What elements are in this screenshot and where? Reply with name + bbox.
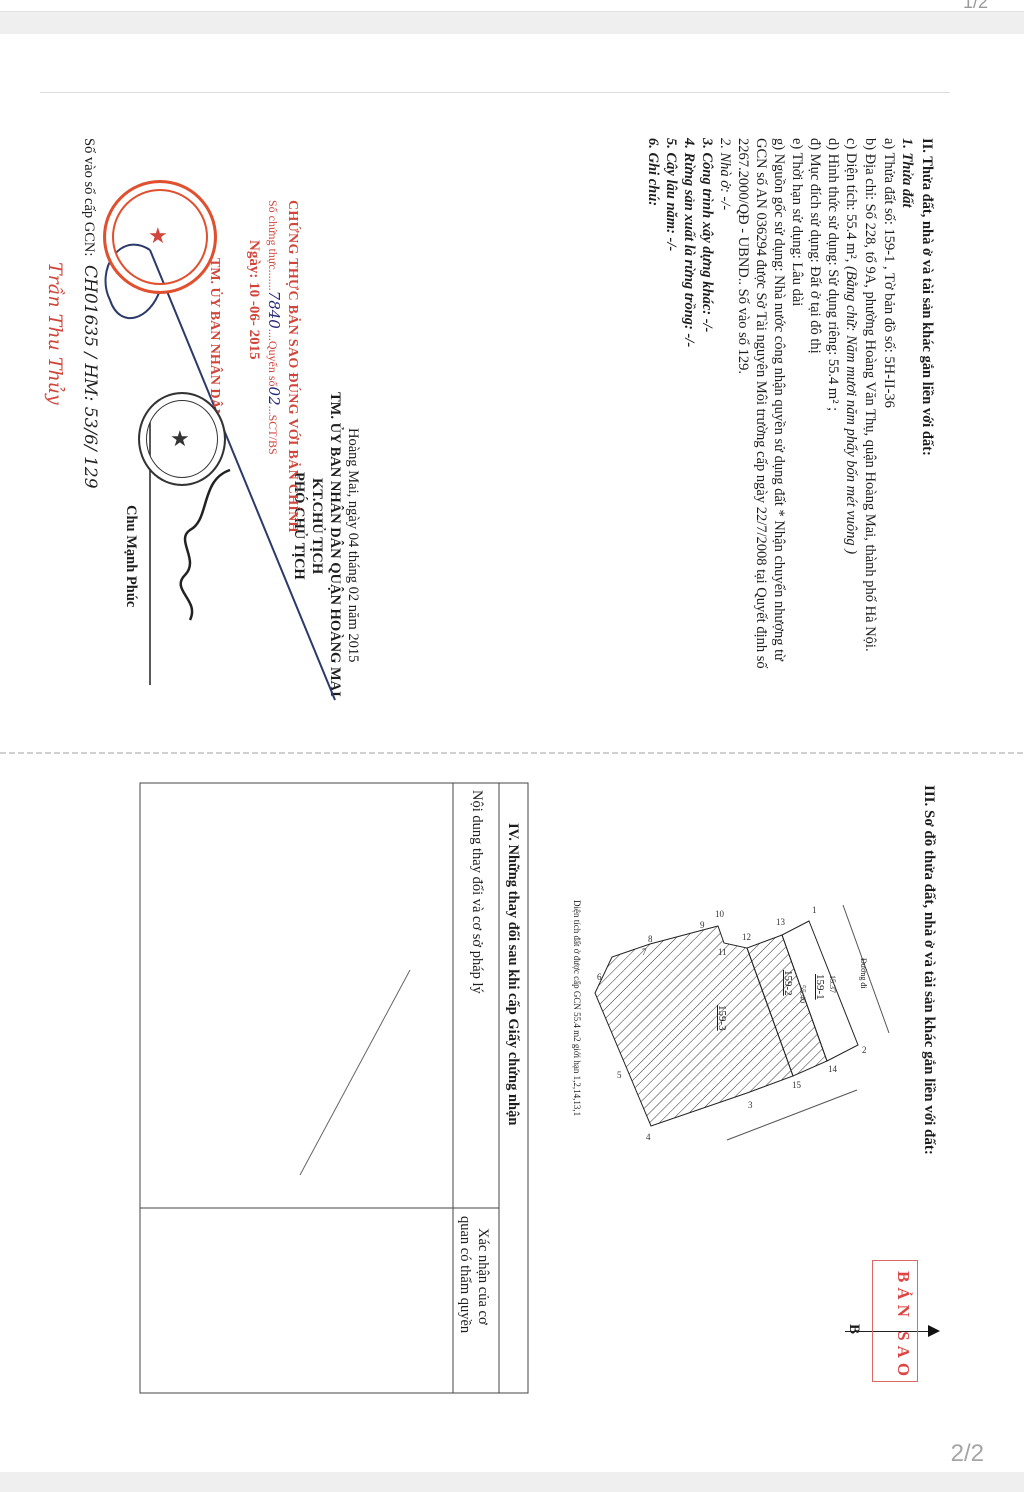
viewer-bottom-bar (0, 1472, 1024, 1492)
changes-table (0, 0, 1024, 1492)
table-column-changes: Nội dung thay đổi và cơ sở pháp lý (468, 790, 486, 994)
page-indicator: 2/2 (951, 1440, 984, 1468)
table-column-confirm-1: Xác nhận của cơ (474, 1228, 492, 1325)
section-iv-title: IV. Những thay đổi sau khi cấp Giấy chứn… (504, 823, 522, 1125)
table-column-confirm-2: quan có thẩm quyền (456, 1216, 474, 1333)
